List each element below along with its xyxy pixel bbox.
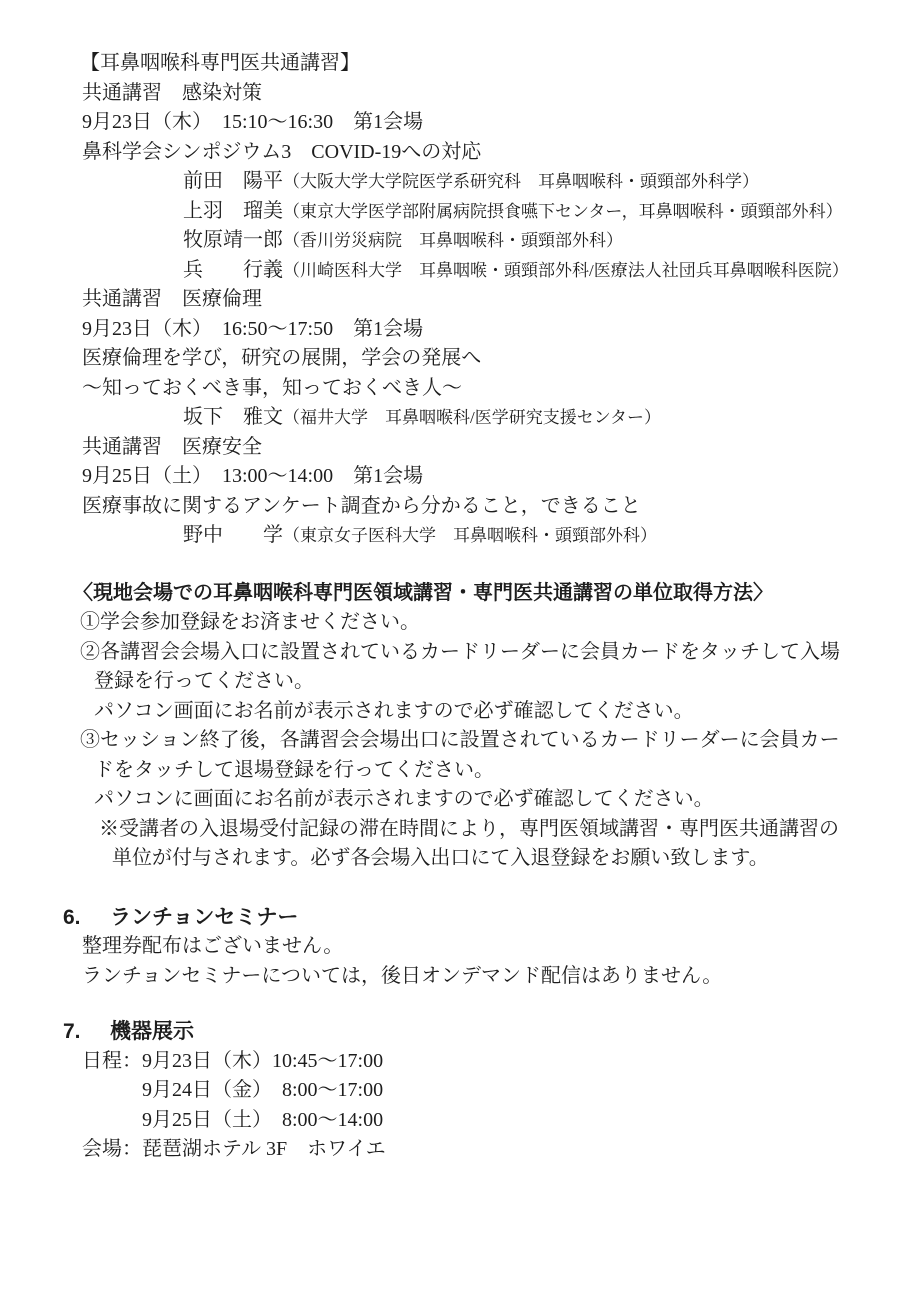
speaker-name: 坂下 雅文 <box>183 406 283 428</box>
lecture-category: 共通講習 医療安全 <box>82 433 872 463</box>
luncheon-note: 整理券配布はございません。 <box>82 932 872 962</box>
speaker-affiliation: （福井大学 耳鼻咽喉科/医学研究支援センター） <box>283 408 661 427</box>
speaker-name: 上羽 瑠美 <box>183 200 283 222</box>
section-title: 機器展示 <box>110 1020 194 1043</box>
exhibition-venue-row: 会場：琵琶湖ホテル 3F ホワイエ <box>82 1135 872 1165</box>
exhibition-section: 7.機器展示 日程：9月23日（木）10:45～17:00 9月24日（金） 8… <box>82 1017 872 1165</box>
luncheon-heading: 6.ランチョンセミナー <box>82 903 872 933</box>
schedule-label: 日程： <box>82 1050 142 1072</box>
common-lecture-section: 【耳鼻咽喉科専門医共通講習】 共通講習 感染対策 9月23日（木） 15:10～… <box>82 49 872 551</box>
unit-remark: ※受講者の入退場受付記録の滞在時間により，専門医領域講習・専門医共通講習の <box>82 815 872 845</box>
section-number: 7. <box>63 1017 110 1047</box>
unit-step-1: ①学会参加登録をお済ませください。 <box>80 608 872 638</box>
exhibition-schedule-row: 日程：9月23日（木）10:45～17:00 <box>82 1047 872 1077</box>
lecture-schedule: 9月25日（土） 13:00～14:00 第1会場 <box>82 462 872 492</box>
venue-value: 琵琶湖ホテル 3F ホワイエ <box>142 1138 386 1160</box>
unit-acquisition-heading: 〈現地会場での耳鼻咽喉科専門医領域講習・専門医共通講習の単位取得方法〉 <box>73 579 872 609</box>
schedule-value: 9月23日（木）10:45～17:00 <box>142 1050 383 1072</box>
speaker-row: 上羽 瑠美（東京大学医学部附属病院摂食嚥下センター，耳鼻咽喉科・頭頸部外科） <box>82 197 872 227</box>
unit-step-2-cont: 登録を行ってください。 <box>82 667 872 697</box>
unit-step-3-note: パソコンに画面にお名前が表示されますので必ず確認してください。 <box>82 785 872 815</box>
unit-step-3-cont: ドをタッチして退場登録を行ってください。 <box>82 756 872 786</box>
speaker-affiliation: （東京大学医学部附属病院摂食嚥下センター，耳鼻咽喉科・頭頸部外科） <box>283 202 843 221</box>
speaker-row: 牧原靖一郎（香川労災病院 耳鼻咽喉科・頭頸部外科） <box>82 226 872 256</box>
speaker-affiliation: （大阪大学大学院医学系研究科 耳鼻咽喉科・頭頸部外科学） <box>283 172 759 191</box>
section-number: 6. <box>63 903 110 933</box>
venue-label: 会場： <box>82 1138 142 1160</box>
exhibition-heading: 7.機器展示 <box>82 1017 872 1047</box>
lecture-title: 鼻科学会シンポジウム3 COVID-19への対応 <box>82 138 872 168</box>
unit-acquisition-section: 〈現地会場での耳鼻咽喉科専門医領域講習・専門医共通講習の単位取得方法〉 ①学会参… <box>82 579 872 874</box>
luncheon-note: ランチョンセミナーについては，後日オンデマンド配信はありません。 <box>82 962 872 992</box>
exhibition-schedule-row: 9月24日（金） 8:00～17:00 <box>82 1076 872 1106</box>
section-title: ランチョンセミナー <box>110 906 298 929</box>
speaker-affiliation: （東京女子医科大学 耳鼻咽喉科・頭頸部外科） <box>283 526 657 545</box>
lecture-title: 医療事故に関するアンケート調査から分かること，できること <box>82 492 872 522</box>
lecture-category: 共通講習 医療倫理 <box>82 285 872 315</box>
common-lecture-header: 【耳鼻咽喉科専門医共通講習】 <box>80 49 872 79</box>
unit-step-2-note: パソコン画面にお名前が表示されますので必ず確認してください。 <box>82 697 872 727</box>
speaker-name: 兵 行義 <box>183 259 283 281</box>
unit-remark-cont: 単位が付与されます。必ず各会場入出口にて入退登録をお願い致します。 <box>82 844 872 874</box>
lecture-title: ～知っておくべき事，知っておくべき人～ <box>82 374 872 404</box>
lecture-schedule: 9月23日（木） 16:50～17:50 第1会場 <box>82 315 872 345</box>
exhibition-schedule-row: 9月25日（土） 8:00～14:00 <box>82 1106 872 1136</box>
speaker-name: 野中 学 <box>183 524 283 546</box>
luncheon-section: 6.ランチョンセミナー 整理券配布はございません。 ランチョンセミナーについては… <box>82 903 872 992</box>
unit-step-3: ③セッション終了後，各講習会会場出口に設置されているカードリーダーに会員カー <box>80 726 872 756</box>
speaker-row: 兵 行義（川崎医科大学 耳鼻咽喉・頭頸部外科/医療法人社団兵耳鼻咽喉科医院） <box>82 256 872 286</box>
lecture-category: 共通講習 感染対策 <box>82 79 872 109</box>
document-page: 【耳鼻咽喉科専門医共通講習】 共通講習 感染対策 9月23日（木） 15:10～… <box>0 0 900 1300</box>
speaker-row: 野中 学（東京女子医科大学 耳鼻咽喉科・頭頸部外科） <box>82 521 872 551</box>
unit-step-2: ②各講習会会場入口に設置されているカードリーダーに会員カードをタッチして入場 <box>80 638 872 668</box>
speaker-affiliation: （香川労災病院 耳鼻咽喉科・頭頸部外科） <box>283 231 623 250</box>
document-content: 【耳鼻咽喉科専門医共通講習】 共通講習 感染対策 9月23日（木） 15:10～… <box>0 0 900 1165</box>
speaker-affiliation: （川崎医科大学 耳鼻咽喉・頭頸部外科/医療法人社団兵耳鼻咽喉科医院） <box>283 261 849 280</box>
speaker-row: 前田 陽平（大阪大学大学院医学系研究科 耳鼻咽喉科・頭頸部外科学） <box>82 167 872 197</box>
lecture-title: 医療倫理を学び，研究の展開，学会の発展へ <box>82 344 872 374</box>
lecture-schedule: 9月23日（木） 15:10～16:30 第1会場 <box>82 108 872 138</box>
speaker-row: 坂下 雅文（福井大学 耳鼻咽喉科/医学研究支援センター） <box>82 403 872 433</box>
speaker-name: 前田 陽平 <box>183 170 283 192</box>
speaker-name: 牧原靖一郎 <box>183 229 283 251</box>
